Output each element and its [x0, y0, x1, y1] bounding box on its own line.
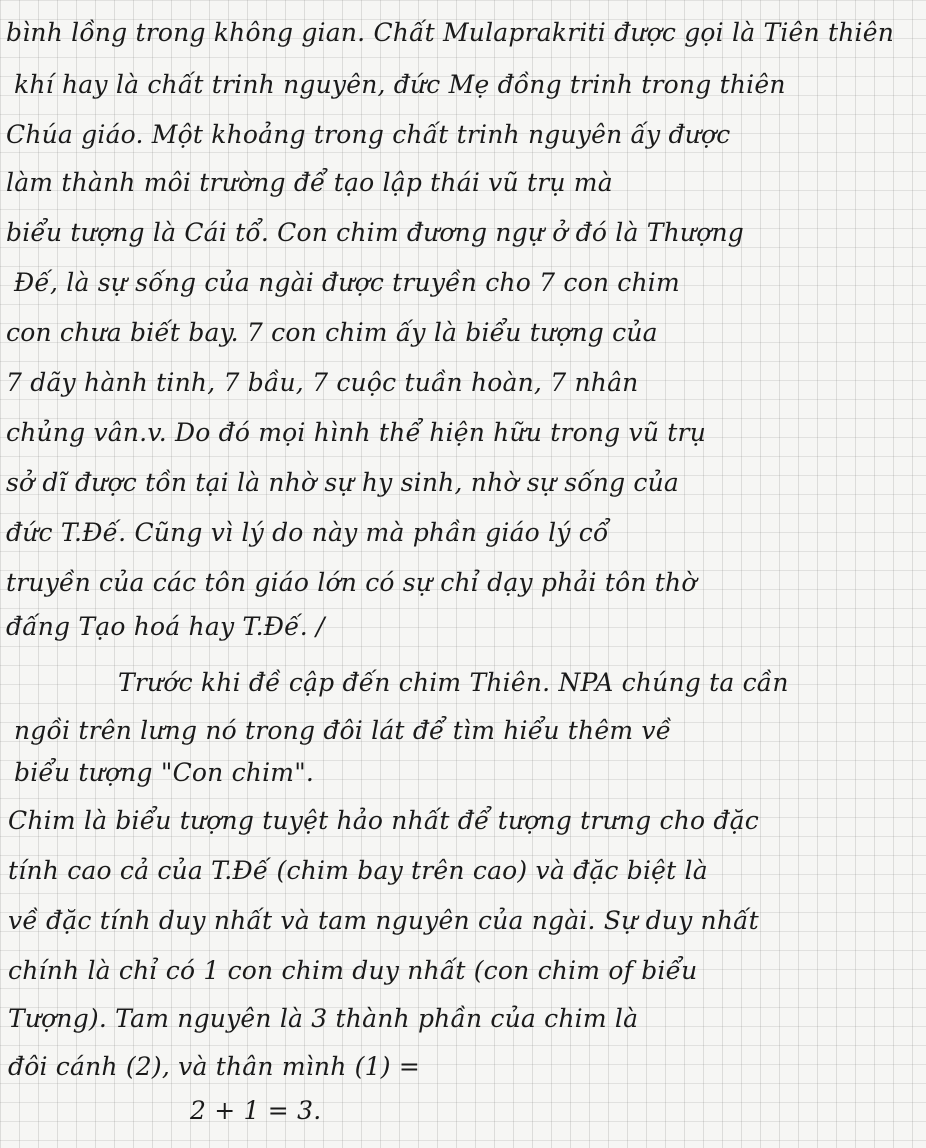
paragraph1-line: bình lồng trong không gian. Chất Mulapra…: [6, 18, 894, 47]
paragraph2-line: biểu tượng "Con chim".: [14, 758, 314, 787]
paragraph1-line: Đế, là sự sống của ngài được truyền cho …: [14, 268, 680, 297]
paragraph3-line: tính cao cả của T.Đế (chim bay trên cao)…: [8, 856, 708, 885]
paragraph3-line: chính là chỉ có 1 con chim duy nhất (con…: [8, 956, 697, 985]
paragraph1-line: khí hay là chất trinh nguyên, đức Mẹ đồn…: [14, 70, 786, 99]
paragraph1-line: chủng vân.v. Do đó mọi hình thể hiện hữu…: [6, 418, 706, 447]
paragraph3-line: Chim là biểu tượng tuyệt hảo nhất để tượ…: [8, 806, 759, 835]
paragraph3-line: đôi cánh (2), và thân mình (1) =: [8, 1052, 420, 1081]
paragraph1-line: biểu tượng là Cái tổ. Con chim đương ngự…: [6, 218, 744, 247]
paragraph1-line: làm thành môi trường để tạo lập thái vũ …: [6, 168, 613, 197]
paragraph1-line: con chưa biết bay. 7 con chim ấy là biểu…: [6, 318, 658, 347]
paragraph1-line: đức T.Đế. Cũng vì lý do này mà phần giáo…: [6, 518, 608, 547]
paragraph3-line: về đặc tính duy nhất và tam nguyên của n…: [8, 906, 759, 935]
paragraph1-line: đấng Tạo hoá hay T.Đế. /: [6, 612, 325, 641]
paragraph1-line: sở dĩ được tồn tại là nhờ sự hy sinh, nh…: [6, 468, 679, 497]
paragraph1-line: 7 dãy hành tinh, 7 bầu, 7 cuộc tuần hoàn…: [6, 368, 638, 397]
paragraph2-line: Trước khi đề cập đến chim Thiên. NPA chú…: [118, 668, 789, 697]
equation: 2 + 1 = 3.: [190, 1096, 321, 1125]
paragraph1-line: truyền của các tôn giáo lớn có sự chỉ dạ…: [6, 568, 697, 597]
paragraph2-line: ngồi trên lưng nó trong đôi lát để tìm h…: [14, 716, 671, 745]
notebook-page: bình lồng trong không gian. Chất Mulapra…: [0, 0, 926, 1148]
paragraph1-line: Chúa giáo. Một khoảng trong chất trinh n…: [6, 120, 730, 149]
paragraph3-line: Tượng). Tam nguyên là 3 thành phần của c…: [8, 1004, 638, 1033]
